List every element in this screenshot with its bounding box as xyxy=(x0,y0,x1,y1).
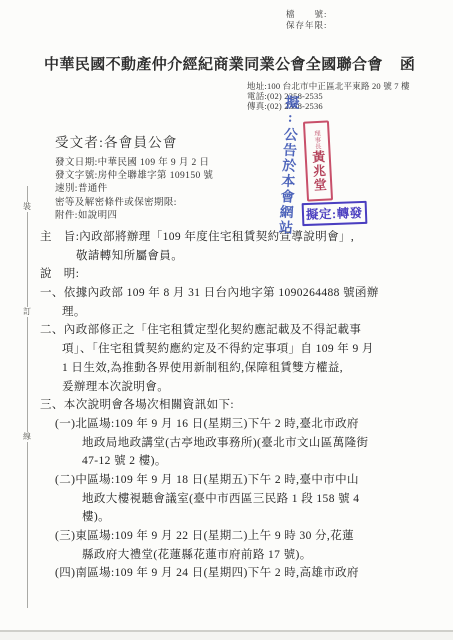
letter-body: 主 旨:內政部將辦理「109 年度住宅租賃契約宣導說明會」,敬請轉知所屬會員。說… xyxy=(0,228,440,583)
document-meta: 發文日期:中華民國 109 年 9 月 2 日發文字號:房仲全聯雄字第 1091… xyxy=(55,157,213,223)
chairman-seal-stamp: 理事長 黃兆堂 xyxy=(303,120,333,201)
body-line: 二、內政部修正之「住宅租賃定型化契約應記載及不得記載事 xyxy=(0,321,440,340)
meta-line: 附件:如說明四 xyxy=(55,210,213,223)
organization-name: 中華民國不動產仲介經紀商業同業公會全國聯合會 xyxy=(44,57,383,73)
body-line: 三、本次說明會各場次相關資訊如下: xyxy=(0,396,440,415)
file-number-label: 檔 號: xyxy=(286,9,327,19)
body-line: 項」、「住宅租賃契約應約定及不得約定事項」自 109 年 9 月 xyxy=(0,340,440,359)
body-line: 縣政府大禮堂(花蓮縣花蓮市府前路 17 號)。 xyxy=(0,546,440,565)
body-line: 樓)。 xyxy=(0,508,440,527)
meta-line: 發文字號:房仲全聯雄字第 109150 號 xyxy=(55,170,213,183)
body-line: 理。 xyxy=(0,303,440,322)
handwritten-note: 擬:公告於本會網站 xyxy=(273,95,301,246)
body-line: 主 旨:內政部將辦理「109 年度住宅租賃契約宣導說明會」, xyxy=(0,228,440,247)
body-line: 一、依據內政部 109 年 8 月 31 日台內地字第 1090264488 號… xyxy=(0,284,440,303)
retention-period-label: 保存年限: xyxy=(286,20,327,30)
body-line: (三)東區場:109 年 9 月 22 日(星期二)上午 9 時 30 分,花蓮 xyxy=(0,527,440,546)
body-line: 地政局地政講堂(古亭地政事務所)(臺北市文山區萬隆街 xyxy=(0,434,440,453)
archive-labels: 檔 號:保存年限: xyxy=(286,9,327,31)
body-line: (一)北區場:109 年 9 月 16 日(星期三)下午 2 時,臺北市政府 xyxy=(0,415,440,434)
binding-mark-ding: 訂 xyxy=(21,307,33,317)
meta-line: 密等及解密條件或保密期限: xyxy=(55,197,213,210)
meta-line: 發文日期:中華民國 109 年 9 月 2 日 xyxy=(55,157,213,170)
letterhead: 中華民國不動產仲介經紀商業同業公會全國聯合會函 xyxy=(44,53,444,74)
body-line: (二)中區場:109 年 9 月 18 日(星期五)下午 2 時,臺中市中山 xyxy=(0,471,440,490)
chairman-seal-title: 理事長 xyxy=(313,130,321,150)
body-line: 47-12 號 2 樓)。 xyxy=(0,452,440,471)
recipient-line: 受文者:各會員公會 xyxy=(55,131,178,151)
scan-edge-area xyxy=(0,632,453,640)
body-line: 地政大樓視聽會議室(臺中市西區三民路 1 段 158 號 4 xyxy=(0,490,440,509)
body-line: 說 明: xyxy=(0,265,440,284)
meta-line: 速別:普通件 xyxy=(55,183,213,196)
body-line: 敬請轉知所屬會員。 xyxy=(0,247,440,266)
official-letter-page: 檔 號:保存年限: 中華民國不動產仲介經紀商業同業公會全國聯合會函 地址:100… xyxy=(0,0,453,640)
body-line: 1 日生效,為推動各界使用新制租約,保障租賃雙方權益, xyxy=(0,359,440,378)
document-type: 函 xyxy=(400,57,415,73)
action-stamp: 擬定:轉發 xyxy=(302,201,367,226)
body-line: 爰辦理本次說明會。 xyxy=(0,378,440,397)
body-line: (四)南區場:109 年 9 月 24 日(星期四)下午 2 時,高雄市政府 xyxy=(0,564,440,583)
fax-line: 傳真:(02) 2358-2536 xyxy=(247,102,410,112)
binding-mark-xian: 線 xyxy=(21,432,33,442)
binding-rule xyxy=(27,186,28,608)
chairman-seal-name: 黃兆堂 xyxy=(308,149,329,192)
binding-mark-zhuang: 裝 xyxy=(21,202,33,212)
contact-block: 地址:100 台北市中正區北平東路 20 號 7 樓 電話:(02) 2358-… xyxy=(247,82,410,111)
